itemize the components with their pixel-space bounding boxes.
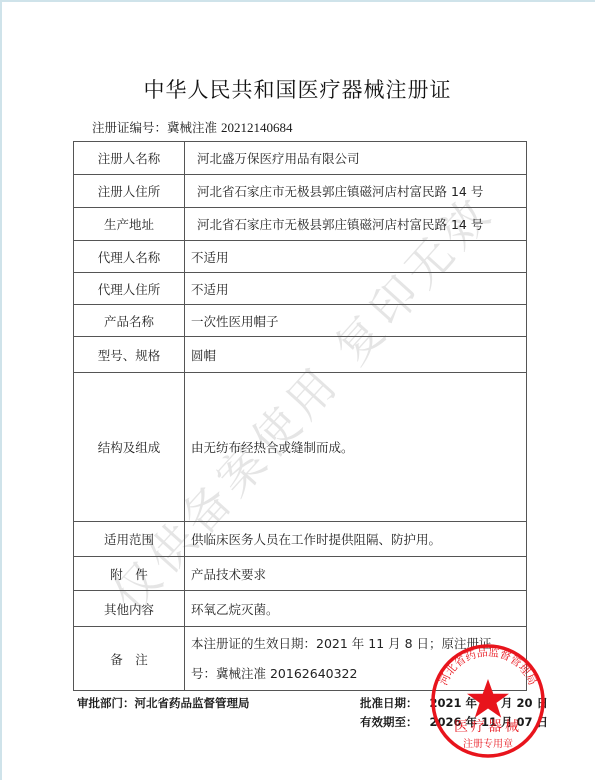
registration-number-label: 注册证编号： xyxy=(92,120,167,135)
row-label: 备 注 xyxy=(74,627,185,691)
approval-date-value: 2021 年 10 月 20 日 xyxy=(430,695,549,711)
remark-line-1: 本注册证的生效日期：2021 年 11 月 8 日；原注册证 xyxy=(191,629,526,659)
row-value: 河北省石家庄市无极县郭庄镇磁河店村富民路 14 号 xyxy=(185,208,527,241)
row-value: 河北省石家庄市无极县郭庄镇磁河店村富民路 14 号 xyxy=(185,175,527,208)
row-value: 不适用 xyxy=(185,241,527,273)
row-value: 环氧乙烷灭菌。 xyxy=(185,591,527,627)
row-value: 一次性医用帽子 xyxy=(185,305,527,337)
table-row: 代理人名称 不适用 xyxy=(74,241,527,273)
row-value: 本注册证的生效日期：2021 年 11 月 8 日；原注册证 号：冀械注准 20… xyxy=(185,627,527,691)
registration-number-prefix: 冀械注准 xyxy=(167,120,217,135)
row-label: 注册人住所 xyxy=(74,175,185,208)
row-value: 产品技术要求 xyxy=(185,557,527,591)
registration-number: 注册证编号：冀械注准 20212140684 xyxy=(92,118,293,136)
row-label: 产品名称 xyxy=(74,305,185,337)
row-label: 代理人住所 xyxy=(74,273,185,305)
table-row: 型号、规格 圆帽 xyxy=(74,337,527,373)
table-row: 结构及组成 由无纺布经热合或缝制而成。 xyxy=(74,373,527,522)
table-row: 产品名称 一次性医用帽子 xyxy=(74,305,527,337)
table-row: 适用范围 供临床医务人员在工作时提供阻隔、防护用。 xyxy=(74,522,527,557)
table-row: 注册人名称 河北盛万保医疗用品有限公司 xyxy=(74,142,527,175)
row-label: 代理人名称 xyxy=(74,241,185,273)
approval-department: 审批部门：河北省药品监督管理局 xyxy=(77,695,250,711)
row-value: 由无纺布经热合或缝制而成。 xyxy=(185,373,527,522)
table-row: 附 件 产品技术要求 xyxy=(74,557,527,591)
row-label: 结构及组成 xyxy=(74,373,185,522)
row-value: 河北盛万保医疗用品有限公司 xyxy=(185,142,527,175)
table-row: 备 注 本注册证的生效日期：2021 年 11 月 8 日；原注册证 号：冀械注… xyxy=(74,627,527,691)
row-label: 型号、规格 xyxy=(74,337,185,373)
registration-number-value: 20212140684 xyxy=(221,120,293,135)
row-value: 供临床医务人员在工作时提供阻隔、防护用。 xyxy=(185,522,527,557)
approval-department-value: 河北省药品监督管理局 xyxy=(135,696,250,710)
valid-until: 有效期至：2026 年 11 月 07 日 xyxy=(360,714,548,730)
table-row: 注册人住所 河北省石家庄市无极县郭庄镇磁河店村富民路 14 号 xyxy=(74,175,527,208)
valid-until-value: 2026 年 11 月 07 日 xyxy=(430,714,549,730)
table-row: 其他内容 环氧乙烷灭菌。 xyxy=(74,591,527,627)
row-label: 适用范围 xyxy=(74,522,185,557)
approval-date: 批准日期：2021 年 10 月 20 日 xyxy=(360,695,548,711)
valid-until-label: 有效期至： xyxy=(360,715,418,729)
certificate-table: 注册人名称 河北盛万保医疗用品有限公司 注册人住所 河北省石家庄市无极县郭庄镇磁… xyxy=(73,141,527,691)
row-label: 其他内容 xyxy=(74,591,185,627)
approval-date-label: 批准日期： xyxy=(360,696,418,710)
row-label: 注册人名称 xyxy=(74,142,185,175)
table-row: 生产地址 河北省石家庄市无极县郭庄镇磁河店村富民路 14 号 xyxy=(74,208,527,241)
approval-department-label: 审批部门： xyxy=(77,696,135,710)
document-title: 中华人民共和国医疗器械注册证 xyxy=(0,74,595,104)
row-label: 生产地址 xyxy=(74,208,185,241)
row-label: 附 件 xyxy=(74,557,185,591)
remark-line-2: 号：冀械注准 20162640322 xyxy=(191,659,526,689)
table-row: 代理人住所 不适用 xyxy=(74,273,527,305)
row-value: 圆帽 xyxy=(185,337,527,373)
row-value: 不适用 xyxy=(185,273,527,305)
